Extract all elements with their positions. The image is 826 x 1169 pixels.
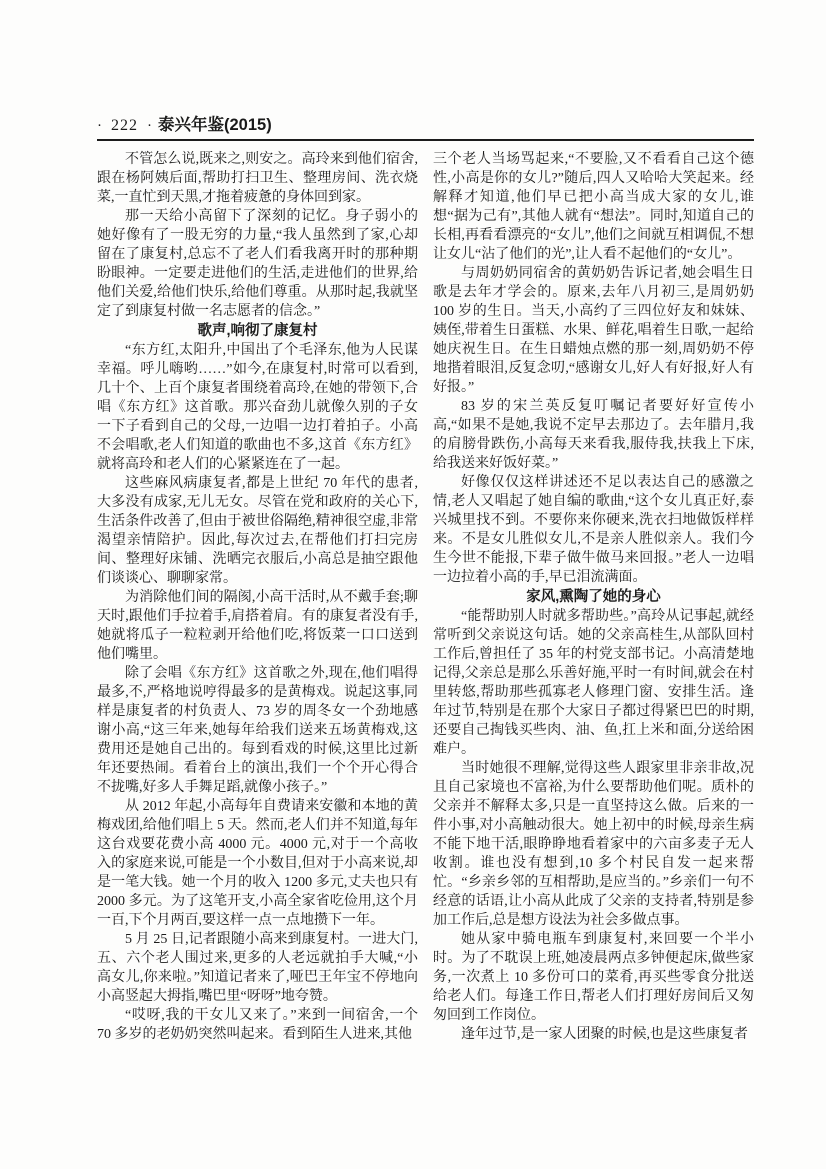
- paragraph: 好像仅仅这样讲述还不足以表达自己的感激之情,老人又唱起了她自编的歌曲,“这个女儿…: [433, 473, 754, 587]
- paragraph: 三个老人当场骂起来,“不要脸,又不看看自己这个德性,小高是你的女儿?”随后,四人…: [433, 150, 754, 264]
- paragraph: 与周奶奶同宿舍的黄奶奶告诉记者,她会唱生日歌是去年才学会的。原来,去年八月初三,…: [433, 264, 754, 397]
- paragraph: 逢年过节,是一家人团聚的时候,也是这些康复者: [433, 1025, 754, 1044]
- paragraph: 那一天给小高留下了深刻的记忆。身子弱小的她好像有了一股无穷的力量,“我人虽然到了…: [97, 207, 418, 321]
- page-header: · 222 · 泰兴年鉴(2015): [97, 111, 754, 135]
- paragraph: “哎呀,我的干女儿又来了。”来到一间宿舍,一个 70 多岁的老奶奶突然叫起来。看…: [97, 1006, 418, 1044]
- paragraph: 她从家中骑电瓶车到康复村,来回要一个半小时。为了不耽误上班,她凌晨两点多钟便起床…: [433, 930, 754, 1025]
- paragraph: 为消除他们间的隔阂,小高干活时,从不戴手套;聊天时,跟他们手拉着手,肩搭着肩。有…: [97, 588, 418, 664]
- paragraph: 83 岁的宋兰英反复叮嘱记者要好好宣传小高,“如果不是她,我说不定早去那边了。去…: [433, 397, 754, 473]
- left-column: 不管怎么说,既来之,则安之。高玲来到他们宿舍,跟在杨阿姨后面,帮助打扫卫生、整理…: [97, 150, 418, 1044]
- paragraph: “东方红,太阳升,中国出了个毛泽东,他为人民谋幸福。呼儿嗨哟……”如今,在康复村…: [97, 341, 418, 474]
- paragraph: 这些麻风病康复者,都是上世纪 70 年代的患者,大多没有成家,无儿无女。尽管在党…: [97, 474, 418, 588]
- header-dot-left: ·: [97, 118, 102, 135]
- paragraph: 当时她很不理解,觉得这些人跟家里非亲非故,况且自己家境也不富裕,为什么要帮助他们…: [433, 759, 754, 930]
- header-rule: [97, 139, 754, 141]
- paragraph: 除了会唱《东方红》这首歌之外,现在,他们唱得最多,不,严格地说哼得最多的是黄梅戏…: [97, 664, 418, 797]
- section-heading: 歌声,响彻了康复村: [97, 321, 418, 341]
- paragraph: 从 2012 年起,小高每年自费请来安徽和本地的黄梅戏团,给他们唱上 5 天。然…: [97, 797, 418, 930]
- section-heading: 家风,熏陶了她的身心: [433, 587, 754, 607]
- yearbook-page: · 222 · 泰兴年鉴(2015) 不管怎么说,既来之,则安之。高玲来到他们宿…: [0, 0, 826, 1169]
- header-dot-right: ·: [147, 118, 152, 135]
- paragraph: “能帮助别人时就多帮助些。”高玲从记事起,就经常听到父亲说这句话。她的父亲高桂生…: [433, 607, 754, 759]
- paragraph: 不管怎么说,既来之,则安之。高玲来到他们宿舍,跟在杨阿姨后面,帮助打扫卫生、整理…: [97, 150, 418, 207]
- article-body: 不管怎么说,既来之,则安之。高玲来到他们宿舍,跟在杨阿姨后面,帮助打扫卫生、整理…: [97, 150, 754, 1044]
- page-number: 222: [111, 117, 138, 135]
- right-column: 三个老人当场骂起来,“不要脸,又不看看自己这个德性,小高是你的女儿?”随后,四人…: [433, 150, 754, 1044]
- publication-title: 泰兴年鉴(2015): [158, 111, 272, 135]
- paragraph: 5 月 25 日,记者跟随小高来到康复村。一进大门,五、六个老人围过来,更多的人…: [97, 930, 418, 1006]
